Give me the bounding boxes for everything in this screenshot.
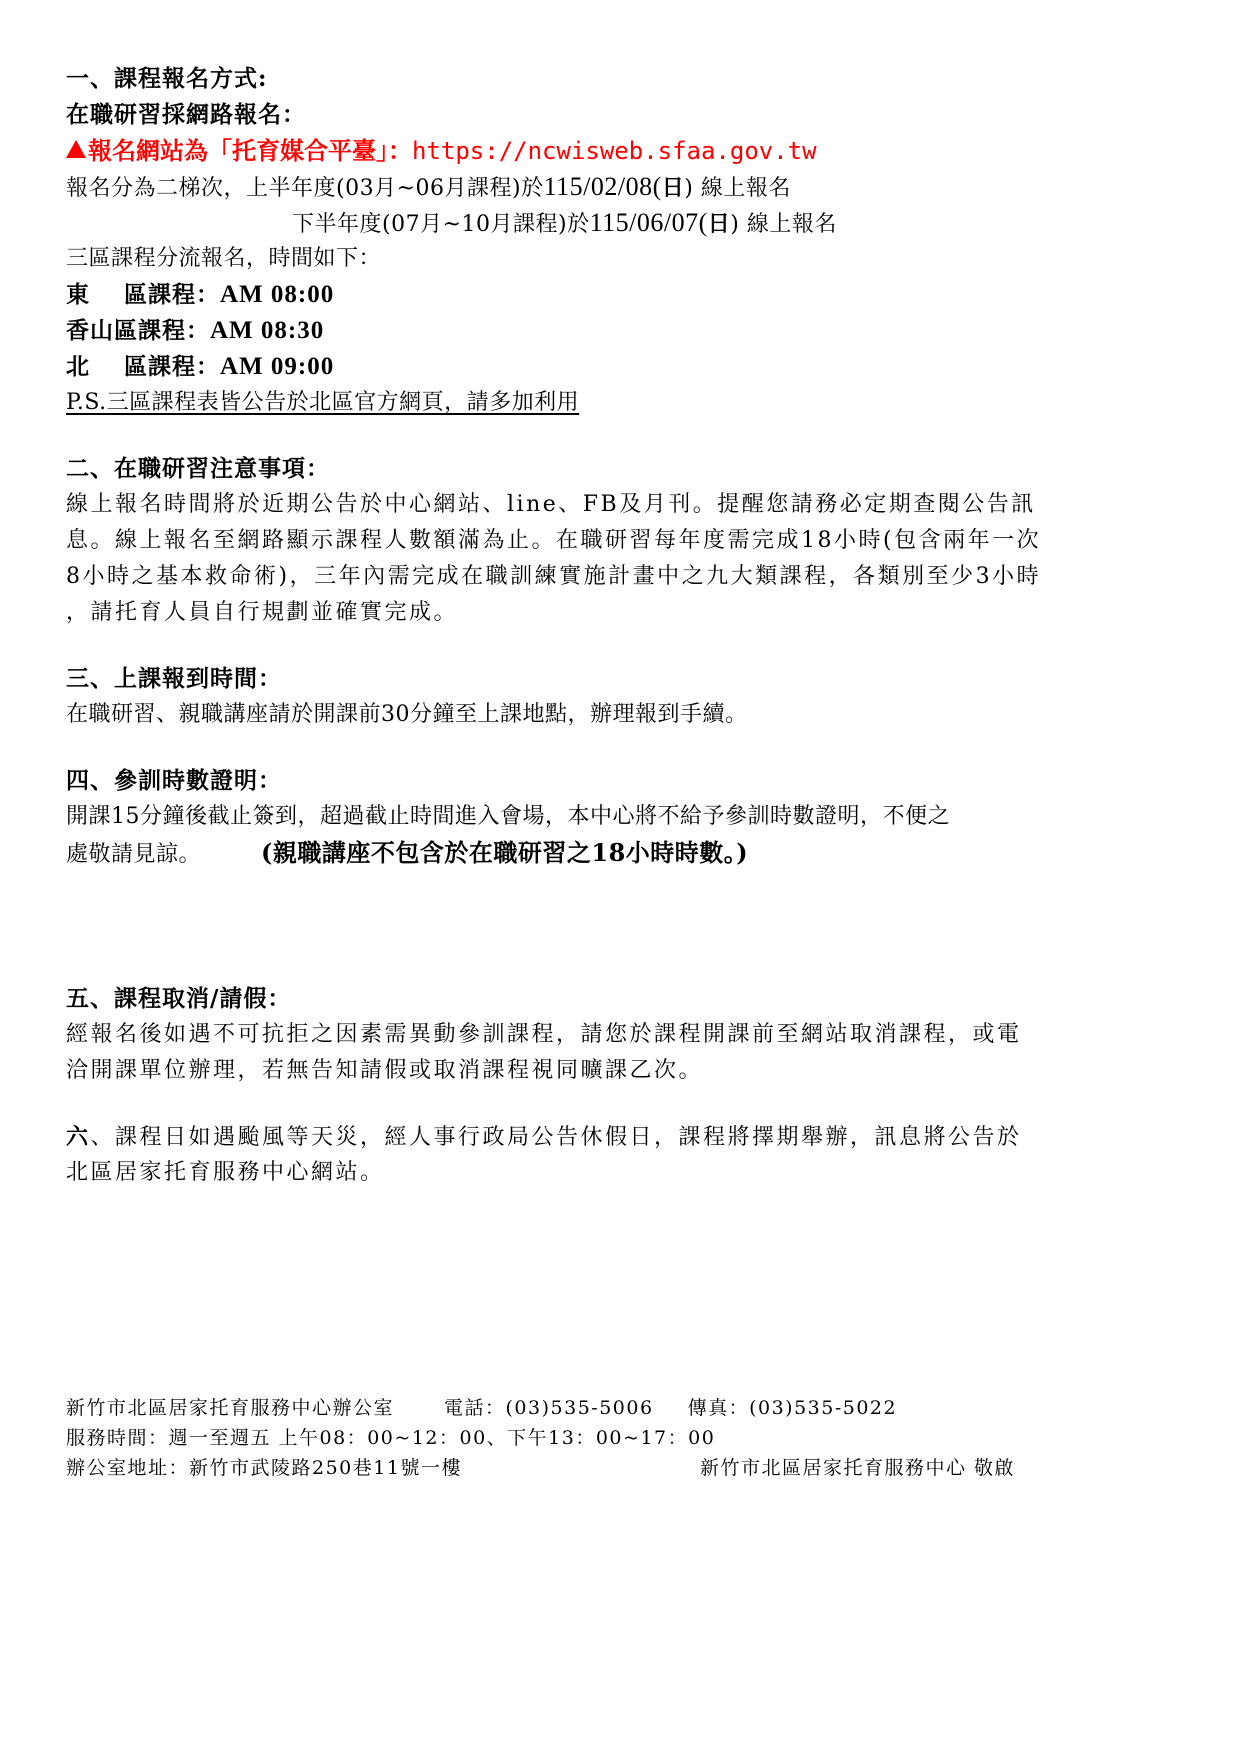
section1-heading: 一、課程報名方式: — [66, 64, 268, 94]
region-intro: 三區課程分流報名，時間如下： — [66, 244, 381, 274]
section5-line-1: 經報名後如遇不可抗拒之因素需異動參訓課程，請您於課程開課前至網站取消課程，或電 — [66, 1020, 1022, 1050]
section2-line-2: 息。線上報名至網路顯示課程人數額滿為止。在職研習每年度需完成18小時(包含兩年一… — [66, 526, 1041, 556]
section5-line-2: 洽開課單位辦理，若無告知請假或取消課程視同曠課乙次。 — [66, 1056, 703, 1086]
section6-line-1: 六、課程日如遇颱風等天災，經人事行政局公告休假日，課程將擇期舉辦，訊息將公告於 — [66, 1122, 1022, 1153]
batch1-day: 日 — [662, 175, 685, 201]
region-east-time: AM 08:00 — [220, 281, 334, 308]
batch1-suffix: ) 線上報名 — [684, 176, 791, 201]
section5-heading: 五、課程取消/請假： — [66, 984, 291, 1014]
region-xiangshan-label: 香山 — [66, 317, 114, 344]
region-xiangshan: 香山區課程：AM 08:30 — [66, 316, 324, 346]
section4-line-2-text: 處敬請見諒。 — [66, 842, 201, 867]
triangle-up-icon — [66, 140, 86, 158]
section4-line-2: 處敬請見諒。(親職講座不包含於在職研習之18小時時數。) — [66, 838, 748, 870]
batch2-intro: 下半年度(07月~10月課程)於 — [292, 212, 590, 237]
batch1-date: 115/02/08( — [544, 172, 662, 201]
batch2-date: 115/06/07( — [590, 208, 708, 237]
region-north: 北區課程：AM 09:00 — [66, 352, 334, 382]
region-north-time: AM 09:00 — [220, 353, 334, 380]
section2-heading: 二、在職研習注意事項： — [66, 454, 330, 484]
section4-note-bold: (親職講座不包含於在職研習之18小時時數。) — [261, 838, 748, 867]
section6-text: 、課程日如遇颱風等天災，經人事行政局公告休假日，課程將擇期舉辦，訊息將公告於 — [91, 1125, 1022, 1150]
region-north-course: 區課程： — [124, 353, 220, 380]
region-xiangshan-course: 區課程： — [114, 317, 210, 344]
section4-line-1: 開課15分鐘後截止簽到，超過截止時間進入會場，本中心將不給予參訓時數證明，不便之 — [66, 802, 950, 832]
section2-line-4: ，請托育人員自行規劃並確實完成。 — [66, 598, 458, 628]
footer-address: 辦公室地址：新竹市武陵路250巷11號一樓 — [66, 1453, 462, 1483]
section6-line-2: 北區居家托育服務中心網站。 — [66, 1158, 385, 1188]
footer-contact-line: 新竹市北區居家托育服務中心辦公室電話：(03)535-5006傳真：(03)53… — [66, 1393, 897, 1423]
document-page: 一、課程報名方式: 在職研習採網路報名： 報名網站為「托育媒合平臺」：https… — [0, 0, 1240, 1754]
ps-note: P.S.三區課程表皆公告於北區官方網頁，請多加利用 — [66, 388, 579, 418]
footer-phone: 電話：(03)535-5006 — [444, 1397, 654, 1419]
section2-line-1: 線上報名時間將於近期公告於中心網站、line、FB及月刊。提醒您請務必定期查閱公… — [66, 490, 1036, 520]
section2-line-3: 8小時之基本救命術)，三年內需完成在職訓練實施計畫中之九大類課程，各類別至少3小… — [66, 562, 1041, 592]
batch2-day: 日 — [708, 211, 731, 237]
registration-website-notice: 報名網站為「托育媒合平臺」：https://ncwisweb.sfaa.gov.… — [66, 136, 817, 166]
batch-intro: 報名分為二梯次，上半年度(03月~06月課程)於 — [66, 176, 544, 201]
section3-text: 在職研習、親職講座請於開課前30分鐘至上課地點，辦理報到手續。 — [66, 700, 748, 730]
footer-fax: 傳真：(03)535-5022 — [688, 1397, 898, 1419]
section3-heading: 三、上課報到時間： — [66, 664, 282, 694]
website-notice-prefix: 報名網站為「托育媒合平臺」： — [88, 136, 412, 165]
region-east: 東區課程：AM 08:00 — [66, 280, 334, 310]
footer-signature: 新竹市北區居家托育服務中心 敬啟 — [700, 1453, 1015, 1483]
section4-heading: 四、參訓時數證明： — [66, 766, 282, 796]
section6-prefix: 六 — [66, 1124, 91, 1150]
registration-url-link[interactable]: https://ncwisweb.sfaa.gov.tw — [412, 137, 817, 165]
batch2-line: 下半年度(07月~10月課程)於115/06/07(日) 線上報名 — [292, 208, 837, 240]
region-north-label: 北 — [66, 353, 90, 380]
batch2-suffix: ) 線上報名 — [730, 212, 837, 237]
footer-office-name: 新竹市北區居家托育服務中心辦公室 — [66, 1397, 394, 1419]
batch1-line: 報名分為二梯次，上半年度(03月~06月課程)於115/02/08(日) 線上報… — [66, 172, 791, 204]
section1-subheading: 在職研習採網路報名： — [66, 100, 306, 130]
footer-hours: 服務時間：週一至週五 上午08：00~12：00、下午13：00~17：00 — [66, 1423, 715, 1453]
region-east-label: 東 — [66, 281, 90, 308]
region-east-course: 區課程： — [124, 281, 220, 308]
region-xiangshan-time: AM 08:30 — [210, 317, 324, 344]
